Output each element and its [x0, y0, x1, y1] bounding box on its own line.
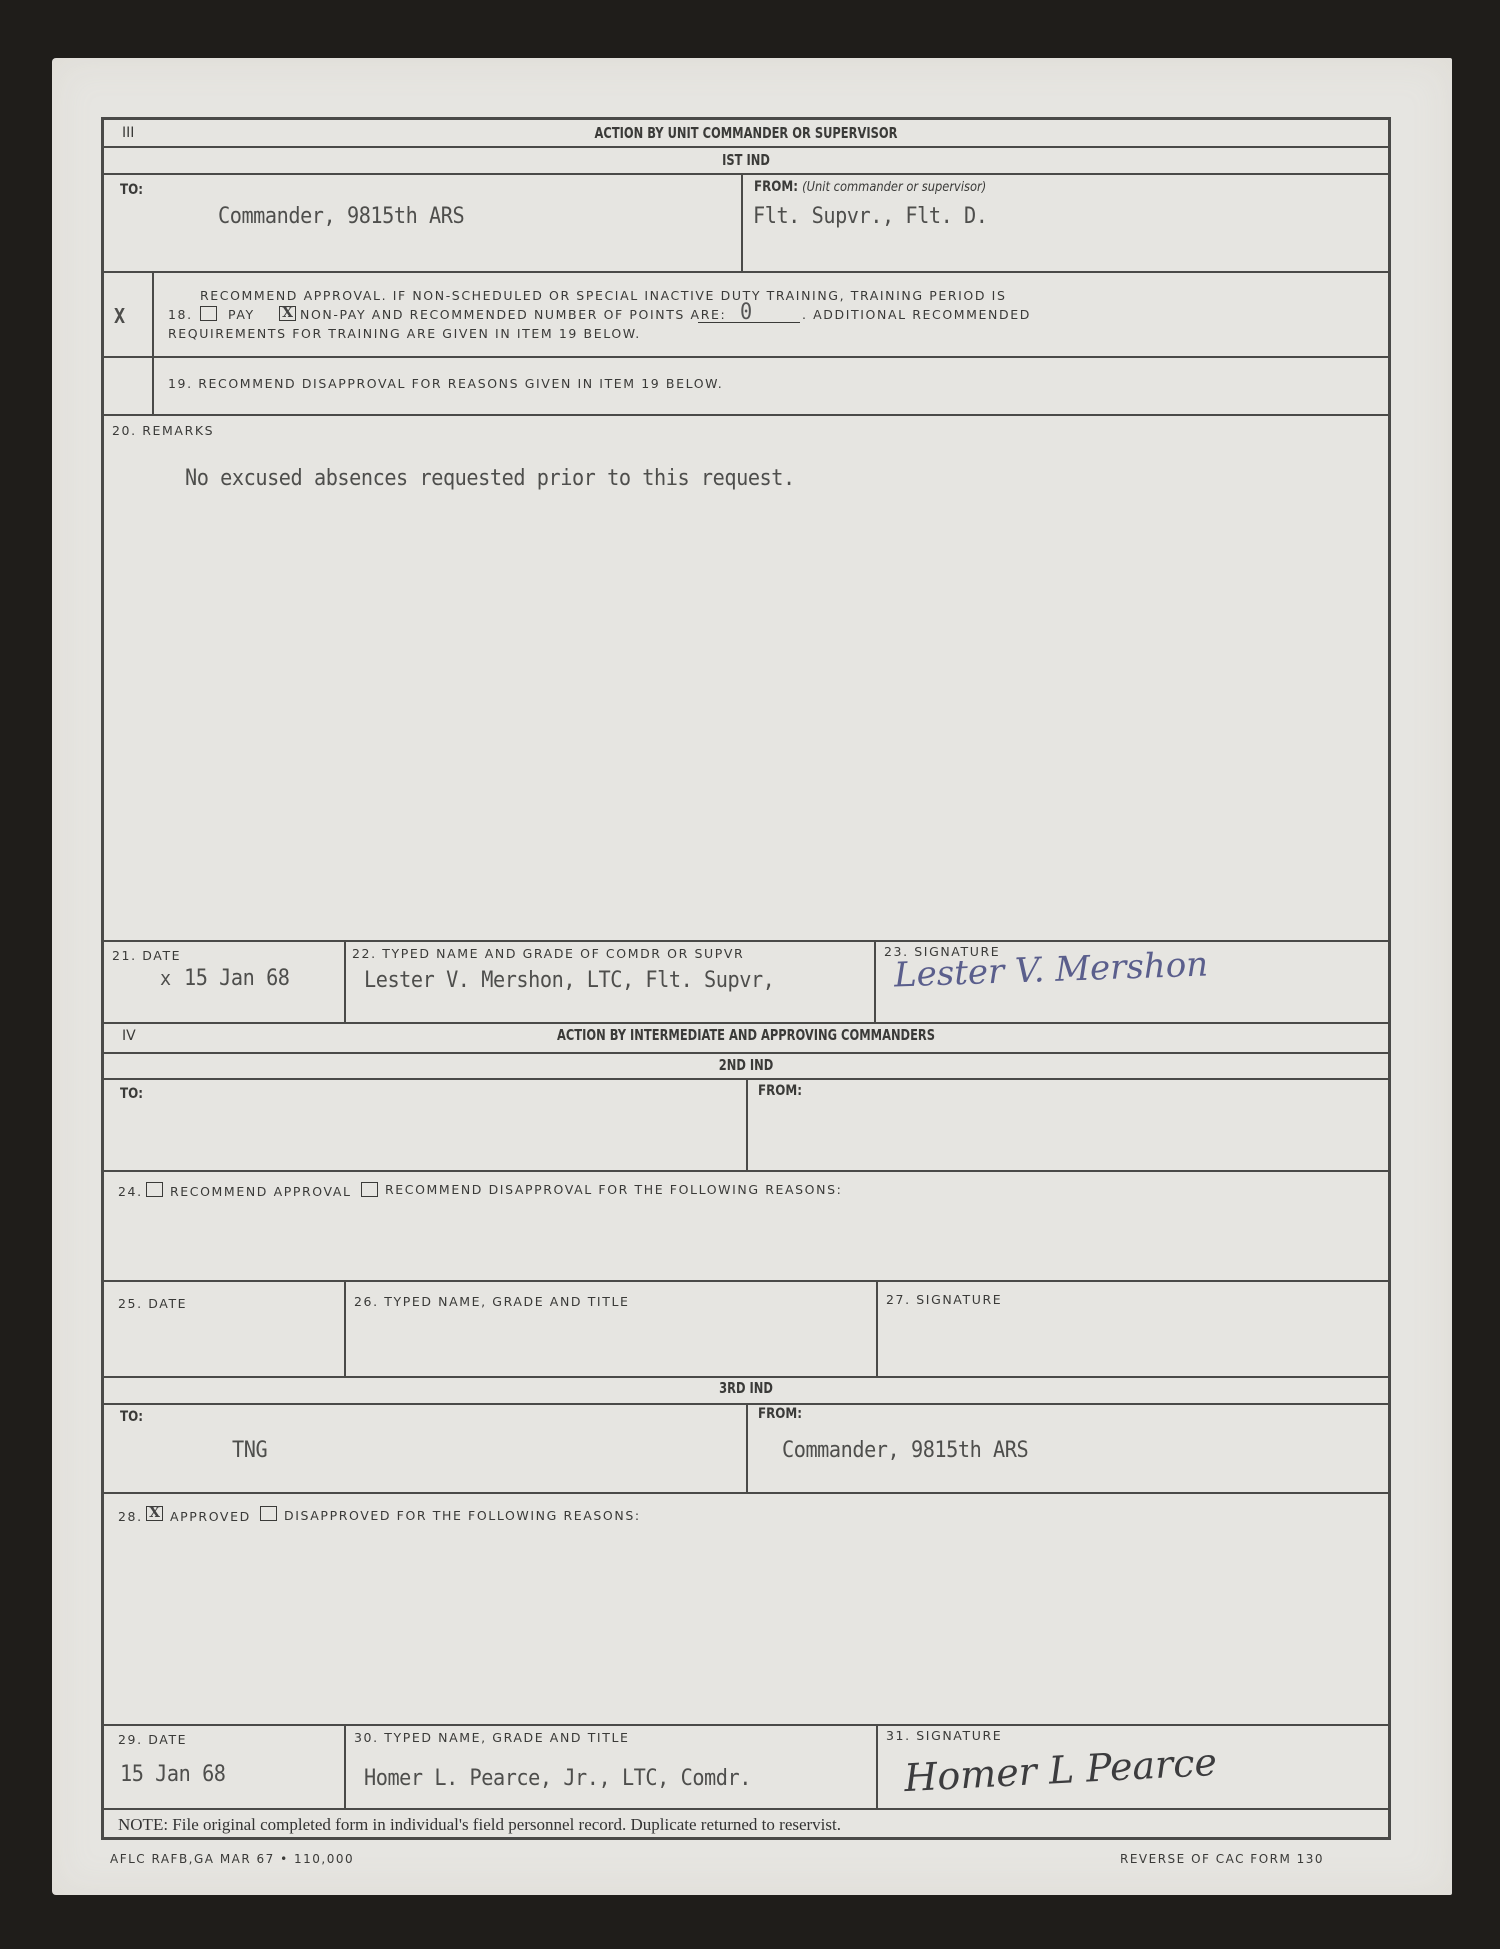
to-label: TO:: [120, 182, 143, 198]
recommend-approval-label: RECOMMEND APPROVAL: [170, 1184, 352, 1199]
item18-number: 18.: [168, 307, 193, 322]
date-strike-mark: x: [160, 966, 171, 990]
recommend-disapproval-checkbox[interactable]: [361, 1182, 378, 1197]
name-value[interactable]: Homer L. Pearce, Jr., LTC, Comdr.: [364, 1766, 751, 1791]
divider: [152, 271, 154, 414]
from-label: FROM: (Unit commander or supervisor): [754, 179, 986, 195]
divider: [104, 1170, 1388, 1172]
to-value[interactable]: TNG: [232, 1438, 267, 1463]
recommend-approval-checkbox[interactable]: [146, 1182, 163, 1197]
signature-label: 31. SIGNATURE: [886, 1728, 1002, 1743]
indorsement-title: 2ND IND: [200, 1056, 1291, 1074]
item18-selected-mark[interactable]: X: [114, 304, 125, 328]
divider: [104, 173, 1388, 175]
divider: [876, 1724, 878, 1808]
points-value[interactable]: 0: [740, 300, 752, 325]
item28-number: 28.: [118, 1509, 143, 1524]
date-label: 29. DATE: [118, 1732, 187, 1747]
name-label: 30. TYPED NAME, GRADE AND TITLE: [354, 1730, 630, 1745]
indorsement-title: IST IND: [200, 151, 1291, 169]
signature-pearce: Homer L Pearce: [903, 1740, 1218, 1800]
divider: [104, 356, 1388, 358]
indorsement-title: 3RD IND: [200, 1379, 1291, 1397]
section-title: ACTION BY INTERMEDIATE AND APPROVING COM…: [200, 1026, 1291, 1044]
date-value[interactable]: 15 Jan 68: [184, 966, 290, 991]
name-value[interactable]: Lester V. Mershon, LTC, Flt. Supvr,: [364, 968, 774, 993]
printer-imprint: AFLC RAFB,GA MAR 67 • 110,000: [110, 1852, 354, 1866]
divider: [344, 1280, 346, 1376]
section-number: III: [122, 125, 134, 141]
pay-checkbox[interactable]: [200, 306, 217, 321]
divider: [104, 1492, 1388, 1494]
remarks-value[interactable]: No excused absences requested prior to t…: [185, 466, 795, 491]
pay-label: PAY: [228, 307, 255, 322]
from-label-text: FROM:: [754, 179, 798, 195]
item18-line3: REQUIREMENTS FOR TRAINING ARE GIVEN IN I…: [168, 326, 641, 341]
approved-label: APPROVED: [170, 1509, 251, 1524]
date-label: 25. DATE: [118, 1296, 187, 1311]
divider: [104, 1808, 1388, 1810]
divider: [104, 940, 1388, 942]
cac-form-130-reverse: III ACTION BY UNIT COMMANDER OR SUPERVIS…: [101, 117, 1391, 1840]
divider: [104, 1052, 1388, 1054]
to-label: TO:: [120, 1086, 143, 1102]
name-label: 22. TYPED NAME AND GRADE OF COMDR OR SUP…: [352, 946, 744, 961]
remarks-label: 20. REMARKS: [112, 423, 214, 438]
from-value[interactable]: Commander, 9815th ARS: [782, 1438, 1028, 1463]
item18-line1: RECOMMEND APPROVAL. IF NON-SCHEDULED OR …: [200, 288, 1006, 303]
from-hint: (Unit commander or supervisor): [802, 179, 986, 195]
disapproved-label: DISAPPROVED FOR THE FOLLOWING REASONS:: [284, 1508, 641, 1523]
divider: [876, 1280, 878, 1376]
from-value[interactable]: Flt. Supvr., Flt. D.: [753, 204, 988, 229]
item18-line2-end: . ADDITIONAL RECOMMENDED: [802, 307, 1031, 322]
divider: [104, 146, 1388, 148]
signature-label: 27. SIGNATURE: [886, 1292, 1002, 1307]
disapproved-checkbox[interactable]: [260, 1506, 277, 1521]
from-label: FROM:: [758, 1406, 802, 1422]
divider: [104, 1022, 1388, 1024]
to-value[interactable]: Commander, 9815th ARS: [218, 204, 464, 229]
divider: [344, 940, 346, 1022]
divider: [746, 1403, 748, 1492]
item24-number: 24.: [118, 1184, 143, 1199]
divider: [104, 271, 1388, 273]
from-label: FROM:: [758, 1083, 802, 1099]
recommend-disapproval-label: RECOMMEND DISAPPROVAL FOR THE FOLLOWING …: [385, 1182, 842, 1197]
name-label: 26. TYPED NAME, GRADE AND TITLE: [354, 1294, 630, 1309]
divider: [741, 173, 743, 271]
date-label: 21. DATE: [112, 948, 181, 963]
divider: [104, 1376, 1388, 1378]
date-value[interactable]: 15 Jan 68: [120, 1762, 226, 1787]
section-title: ACTION BY UNIT COMMANDER OR SUPERVISOR: [200, 124, 1291, 142]
approved-checkbox[interactable]: X: [146, 1506, 163, 1521]
divider: [104, 414, 1388, 416]
item18-line2: NON-PAY AND RECOMMENDED NUMBER OF POINTS…: [300, 307, 726, 322]
form-identifier: REVERSE OF CAC FORM 130: [1120, 1852, 1324, 1866]
divider: [746, 1078, 748, 1170]
nonpay-checkbox[interactable]: X: [279, 306, 296, 321]
item19-text: 19. RECOMMEND DISAPPROVAL FOR REASONS GI…: [168, 376, 723, 391]
divider: [344, 1724, 346, 1808]
divider: [104, 1724, 1388, 1726]
to-label: TO:: [120, 1409, 143, 1425]
section-number: IV: [122, 1028, 136, 1044]
divider: [874, 940, 876, 1022]
divider: [104, 1280, 1388, 1282]
filing-note: NOTE: File original completed form in in…: [118, 1815, 841, 1835]
